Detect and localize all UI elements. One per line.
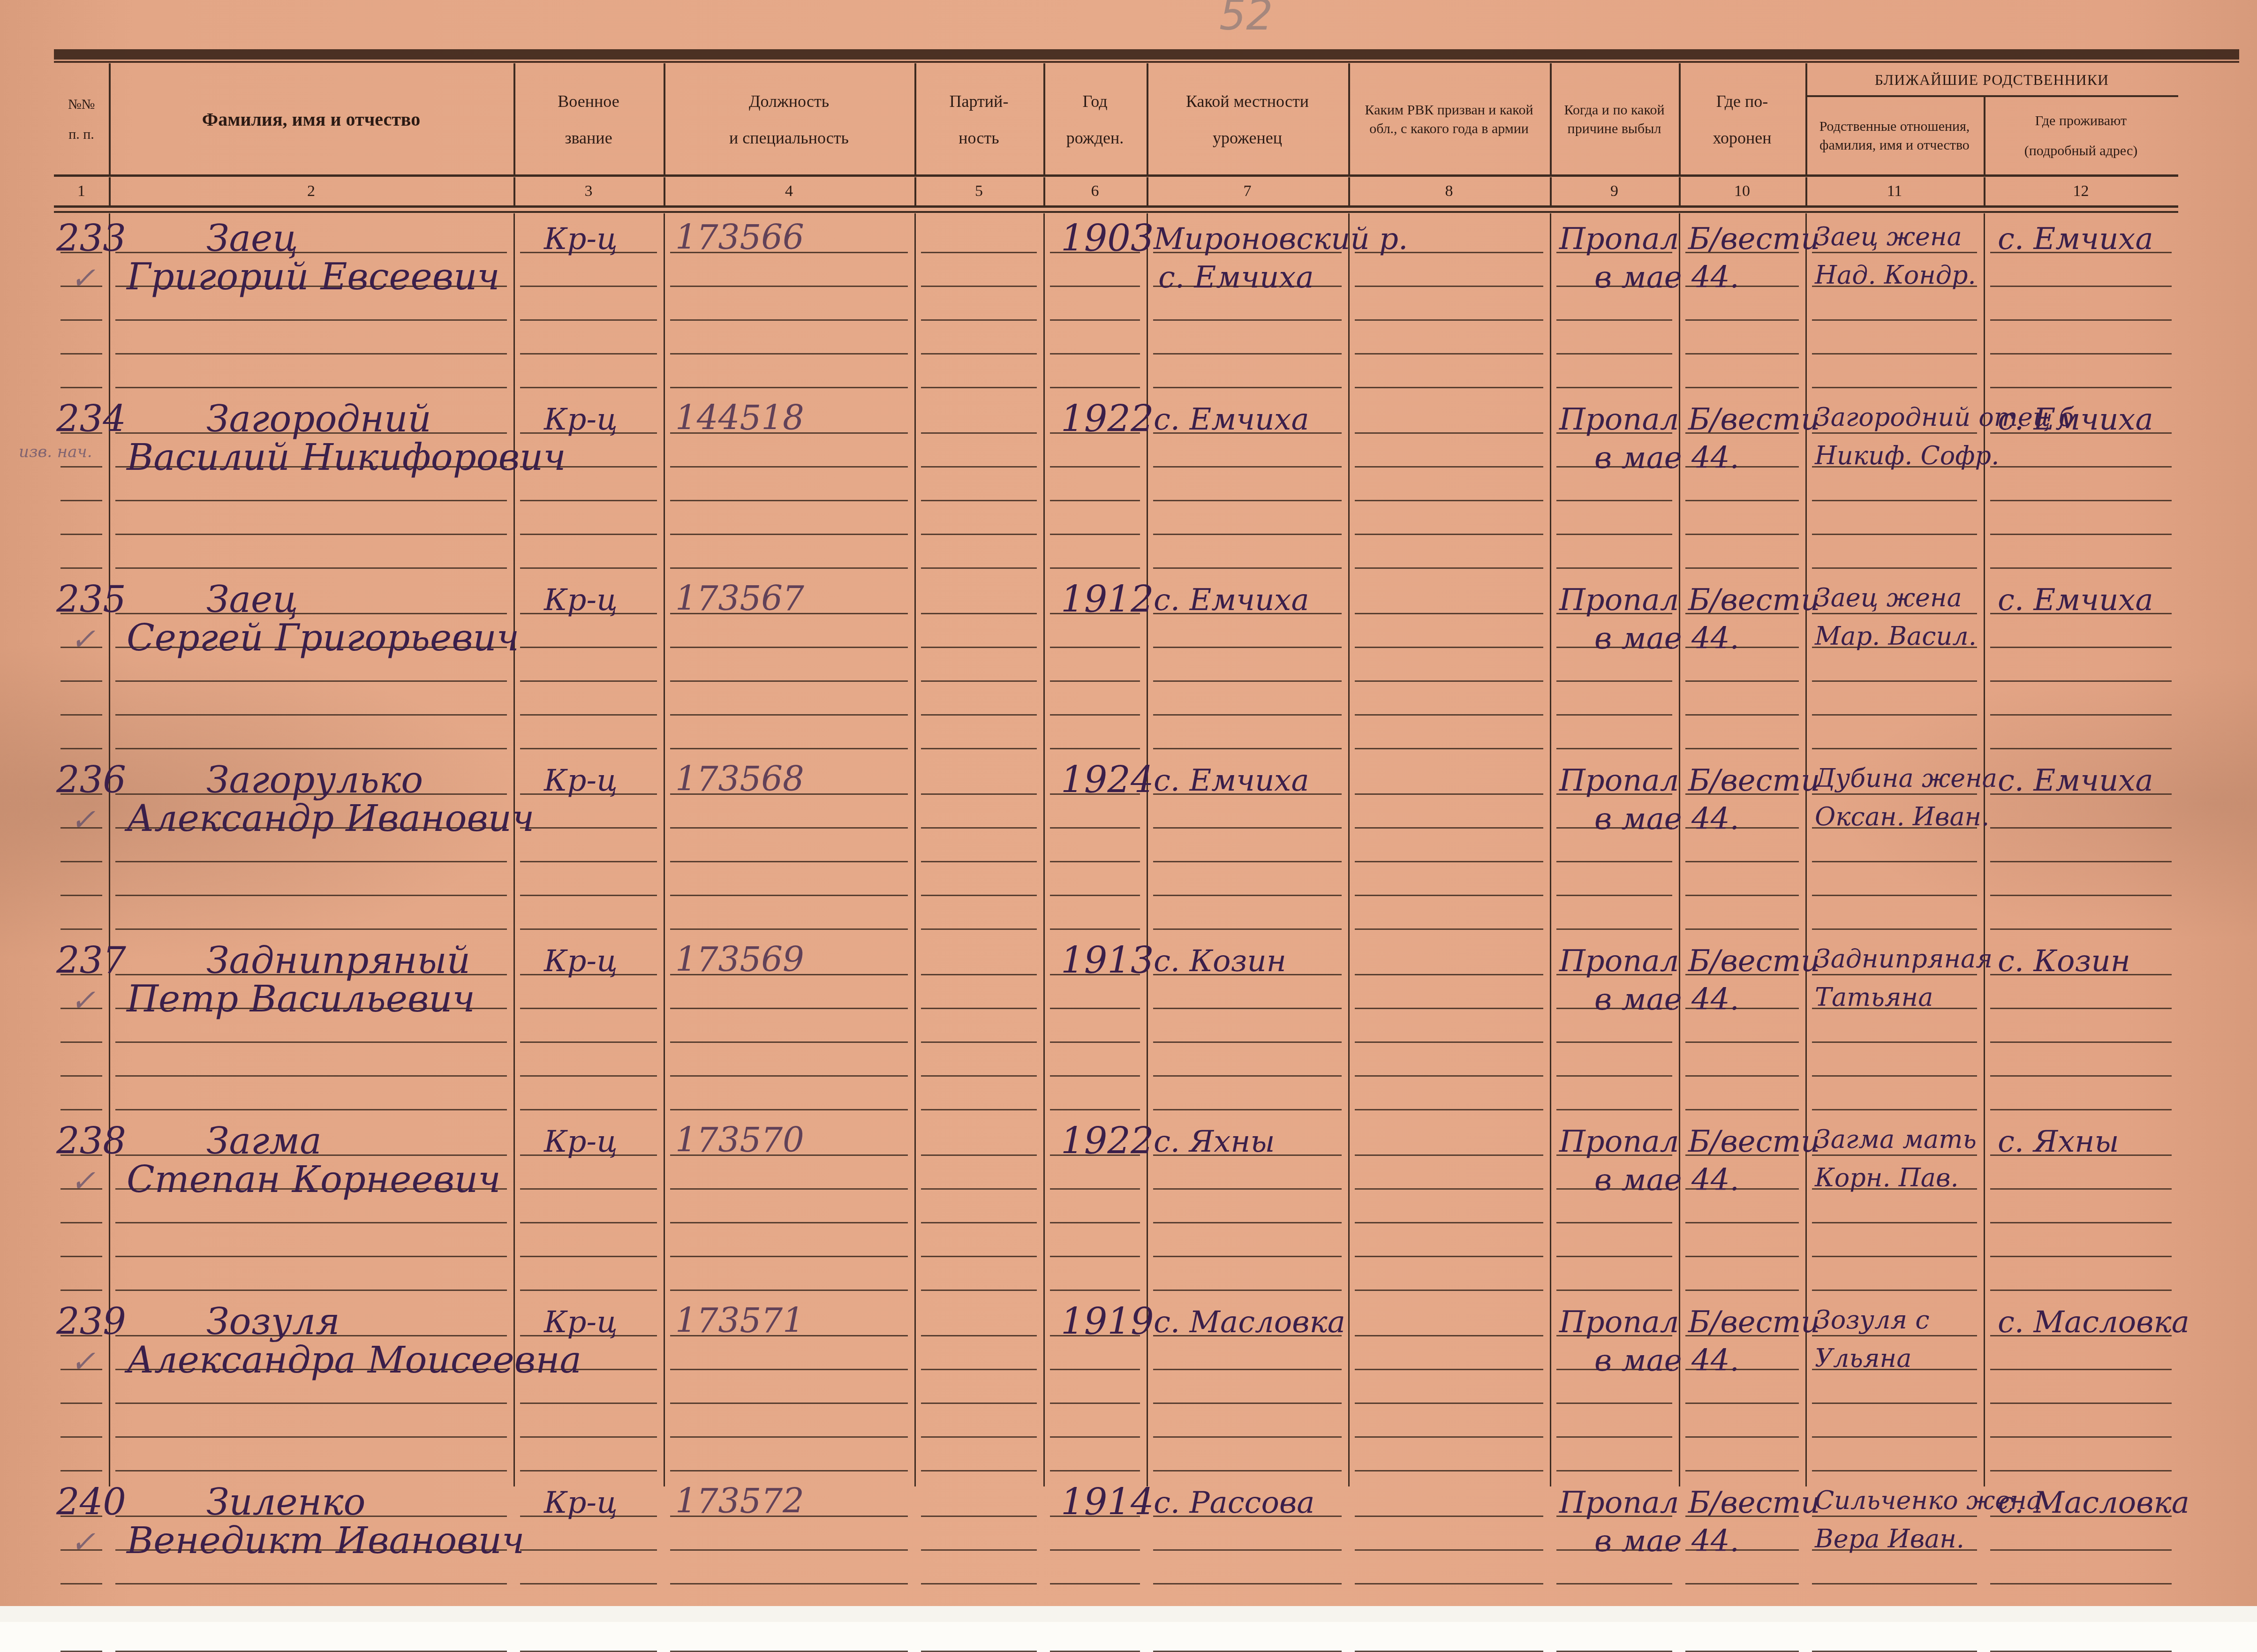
- ruled-line: [1812, 793, 1977, 795]
- ruled-line: [921, 567, 1037, 569]
- record-birthplace-1: с. Емчиха: [1154, 766, 1309, 796]
- ruled-line: [1050, 387, 1140, 388]
- ruled-line: [670, 466, 908, 468]
- ruled-line: [670, 1470, 908, 1471]
- ruled-line: [115, 1109, 507, 1110]
- ruled-line: [1990, 714, 2172, 716]
- ruled-line: [1355, 1290, 1543, 1291]
- ruled-line: [1355, 1109, 1543, 1110]
- record-given-names: Сергей Григорьевич: [127, 620, 519, 656]
- ruled-line: [1685, 500, 1799, 501]
- ruled-line: [115, 680, 507, 682]
- record-given-names: Александр Иванович: [127, 800, 535, 837]
- ruled-line: [1685, 353, 1799, 355]
- ruled-line: [921, 1256, 1037, 1257]
- ruled-line: [520, 1075, 657, 1077]
- ruled-line: [1153, 466, 1342, 468]
- record-birthplace-1: с. Рассова: [1154, 1488, 1314, 1518]
- ruled-line: [60, 1583, 102, 1584]
- ruled-line: [921, 928, 1037, 930]
- record-surname: Загородний: [206, 401, 431, 438]
- ruled-line: [1685, 895, 1799, 896]
- ruled-line: [115, 1041, 507, 1043]
- ruled-line: [1153, 1290, 1342, 1291]
- ruled-line: [1556, 895, 1672, 896]
- ruled-line: [1990, 1549, 2172, 1551]
- record-relative-name: Заднипряная: [1815, 946, 1993, 972]
- ruled-line: [1685, 319, 1799, 321]
- ruled-line: [520, 748, 657, 749]
- ruled-line: [921, 861, 1037, 862]
- record-position: 144518: [675, 401, 804, 435]
- ruled-line: [60, 861, 102, 862]
- record-left-reason: Пропал: [1559, 1488, 1679, 1518]
- ruled-line: [60, 928, 102, 930]
- ruled-line: [520, 1583, 657, 1584]
- ruled-line: [921, 353, 1037, 355]
- ruled-line: [115, 567, 507, 569]
- record-rank: Кр-ц: [544, 405, 618, 435]
- ruled-line: [1355, 534, 1543, 535]
- ruled-line: [1355, 1549, 1543, 1551]
- ruled-line: [1685, 1109, 1799, 1110]
- ruled-line: [520, 387, 657, 388]
- ruled-line: [1812, 928, 1977, 930]
- ruled-line: [60, 1075, 102, 1077]
- ruled-line: [1355, 319, 1543, 321]
- column-divider: [914, 213, 916, 1486]
- record-birth-year: 1922: [1061, 1123, 1154, 1160]
- ruled-line: [670, 1075, 908, 1077]
- ruled-line: [921, 793, 1037, 795]
- ruled-line: [1355, 647, 1543, 648]
- record-relative-given: Над. Кондр.: [1815, 263, 1976, 288]
- ruled-line: [1556, 1436, 1672, 1438]
- ruled-line: [520, 1008, 657, 1009]
- record-birth-year: 1903: [1061, 220, 1154, 257]
- ruled-line: [115, 748, 507, 749]
- ruled-line: [1812, 1583, 1977, 1584]
- ruled-line: [670, 1290, 908, 1291]
- ruled-line: [670, 1109, 908, 1110]
- ruled-line: [115, 534, 507, 535]
- ruled-line: [1153, 1549, 1342, 1551]
- ruled-line: [1990, 1222, 2172, 1223]
- ruled-line: [921, 466, 1037, 468]
- ruled-line: [60, 387, 102, 388]
- ruled-line: [1153, 319, 1342, 321]
- record-birthplace-1: с. Яхны: [1154, 1127, 1275, 1157]
- ruled-line: [921, 1290, 1037, 1291]
- ruled-line: [921, 1335, 1037, 1336]
- ruled-line: [1812, 680, 1977, 682]
- ruled-line: [1355, 1075, 1543, 1077]
- ruled-line: [670, 714, 908, 716]
- record-surname: Заец: [206, 220, 298, 257]
- record-birth-year: 1924: [1061, 762, 1154, 799]
- ruled-line: [115, 861, 507, 862]
- record-surname: Зиленко: [206, 1484, 366, 1521]
- ruled-line: [1990, 1109, 2172, 1110]
- record-margin-mark: ✓: [70, 986, 96, 1016]
- record-relative-address: с. Яхны: [1998, 1127, 2119, 1157]
- record-birth-year: 1922: [1061, 401, 1154, 438]
- ruled-line: [670, 1369, 908, 1370]
- record-birthplace-2: с. Емчиха: [1158, 263, 1314, 293]
- ruled-line: [1153, 1436, 1342, 1438]
- record-relative-given: Никиф. Софр.: [1815, 443, 1999, 468]
- ruled-line: [1050, 466, 1140, 468]
- ruled-line: [1556, 1256, 1672, 1257]
- ruled-line: [921, 500, 1037, 501]
- ruled-line: [1355, 714, 1543, 716]
- ruled-line: [115, 319, 507, 321]
- ruled-line: [1355, 1516, 1543, 1517]
- ruled-line: [60, 748, 102, 749]
- ruled-line: [921, 1222, 1037, 1223]
- ruled-line: [520, 534, 657, 535]
- ruled-line: [1153, 748, 1342, 749]
- ruled-line: [1556, 567, 1672, 569]
- ruled-line: [60, 466, 102, 468]
- ruled-line: [921, 1188, 1037, 1190]
- ruled-line: [921, 432, 1037, 434]
- ruled-line: [1685, 387, 1799, 388]
- ruled-line: [1685, 1256, 1799, 1257]
- ruled-line: [1685, 1403, 1799, 1404]
- ruled-line: [520, 861, 657, 862]
- ruled-line: [921, 647, 1037, 648]
- ruled-line: [1153, 353, 1342, 355]
- ruled-line: [670, 1583, 908, 1584]
- ruled-line: [1355, 1583, 1543, 1584]
- ruled-line: [670, 861, 908, 862]
- ruled-line: [1153, 714, 1342, 716]
- ruled-line: [1812, 1222, 1977, 1223]
- record-number: 236: [56, 762, 126, 799]
- ruled-line: [1990, 319, 2172, 321]
- ruled-line: [670, 827, 908, 829]
- ruled-line: [1050, 714, 1140, 716]
- ruled-line: [1050, 827, 1140, 829]
- ruled-line: [1556, 1290, 1672, 1291]
- ruled-line: [921, 974, 1037, 975]
- ruled-line: [1812, 567, 1977, 569]
- record-birthplace-1: с. Масловка: [1154, 1307, 1345, 1337]
- ruled-line: [1812, 1403, 1977, 1404]
- ruled-line: [520, 1290, 657, 1291]
- ruled-line: [921, 319, 1037, 321]
- ruled-line: [670, 1222, 908, 1223]
- column-divider: [1550, 213, 1551, 1486]
- record-left-date: в мае 44.: [1594, 1165, 1739, 1195]
- record-left-date: в мае 44.: [1594, 1346, 1739, 1376]
- ruled-line: [670, 387, 908, 388]
- ruled-line: [60, 1256, 102, 1257]
- ruled-line: [1990, 1188, 2172, 1190]
- ruled-line: [1990, 534, 2172, 535]
- record-left-date: в мае 44.: [1594, 1526, 1739, 1556]
- ruled-line: [670, 319, 908, 321]
- ruled-line: [1153, 534, 1342, 535]
- ruled-line: [520, 319, 657, 321]
- record-given-names: Венедикт Иванович: [127, 1523, 524, 1559]
- ruled-line: [520, 1222, 657, 1223]
- ruled-line: [670, 647, 908, 648]
- ruled-line: [1812, 1436, 1977, 1438]
- record-rank: Кр-ц: [544, 1127, 618, 1157]
- record-relative-address: с. Емчиха: [1998, 224, 2153, 254]
- ruled-line: [520, 567, 657, 569]
- record-left-date: в мае 44.: [1594, 624, 1739, 654]
- record-surname: Загма: [206, 1123, 322, 1160]
- ruled-line: [670, 1549, 908, 1551]
- record-buried: Б/вести: [1688, 946, 1820, 976]
- ruled-line: [1355, 613, 1543, 614]
- record-number: 238: [56, 1123, 126, 1160]
- ruled-line: [1050, 286, 1140, 287]
- ruled-line: [1355, 1188, 1543, 1190]
- ruled-line: [670, 1188, 908, 1190]
- record-number: 237: [56, 943, 126, 979]
- ruled-line: [1556, 1403, 1672, 1404]
- ruled-line: [921, 1403, 1037, 1404]
- ruled-line: [520, 647, 657, 648]
- ruled-line: [921, 1075, 1037, 1077]
- ruled-line: [1355, 1369, 1543, 1370]
- record-given-names: Василий Никифорович: [127, 439, 566, 476]
- ruled-line: [1990, 1290, 2172, 1291]
- record-rank: Кр-ц: [544, 766, 618, 796]
- ruled-line: [1355, 793, 1543, 795]
- record-rank: Кр-ц: [544, 1307, 618, 1337]
- record-rank: Кр-ц: [544, 585, 618, 615]
- ruled-line: [1355, 286, 1543, 287]
- ruled-line: [1355, 1436, 1543, 1438]
- record-relative-given: Мар. Васил.: [1815, 624, 1977, 649]
- column-divider: [1679, 213, 1680, 1486]
- ruled-line: [1050, 1256, 1140, 1257]
- record-margin-mark: ✓: [70, 805, 96, 835]
- ruled-line: [1812, 534, 1977, 535]
- ruled-line: [1050, 1008, 1140, 1009]
- ruled-line: [1153, 387, 1342, 388]
- ruled-line: [60, 714, 102, 716]
- ruled-line: [670, 1041, 908, 1043]
- ruled-line: [1153, 1041, 1342, 1043]
- ruled-line: [1050, 500, 1140, 501]
- ruled-line: [115, 500, 507, 501]
- ruled-line: [1355, 1154, 1543, 1156]
- ruled-line: [1050, 1109, 1140, 1110]
- ruled-line: [1050, 1369, 1140, 1370]
- ruled-line: [670, 1436, 908, 1438]
- record-left-date: в мае 44.: [1594, 985, 1739, 1015]
- ruled-line: [520, 827, 657, 829]
- record-relative-address: с. Емчиха: [1998, 766, 2153, 796]
- record-given-names: Григорий Евсеевич: [127, 259, 500, 295]
- ruled-line: [1990, 895, 2172, 896]
- ruled-line: [115, 895, 507, 896]
- ruled-line: [921, 1436, 1037, 1438]
- ruled-line: [1355, 1222, 1543, 1223]
- record-surname: Заднипряный: [206, 943, 470, 979]
- ruled-line: [60, 1222, 102, 1223]
- ruled-line: [1556, 714, 1672, 716]
- ruled-line: [1050, 567, 1140, 569]
- ruled-line: [1990, 861, 2172, 862]
- ruled-line: [60, 534, 102, 535]
- ruled-line: [520, 353, 657, 355]
- ruled-line: [1812, 1041, 1977, 1043]
- record-relative-address: с. Козин: [1998, 946, 2130, 976]
- ruled-line: [1812, 1470, 1977, 1471]
- ruled-line: [1812, 252, 1977, 253]
- ruled-line: [670, 928, 908, 930]
- ruled-line: [1990, 1256, 2172, 1257]
- record-given-names: Александра Моисеевна: [127, 1342, 581, 1379]
- ruled-line: [1050, 1436, 1140, 1438]
- ruled-line: [1556, 680, 1672, 682]
- record-position: 173570: [675, 1123, 804, 1157]
- record-relative-given: Корн. Пав.: [1815, 1165, 1959, 1191]
- ruled-line: [921, 827, 1037, 829]
- ruled-line: [921, 748, 1037, 749]
- record-left-reason: Пропал: [1559, 766, 1679, 796]
- ruled-line: [1990, 567, 2172, 569]
- ruled-line: [60, 1041, 102, 1043]
- ruled-line: [1355, 353, 1543, 355]
- record-birthplace-1: Мироновский р.: [1154, 224, 1408, 254]
- ruled-line: [1812, 1335, 1977, 1336]
- ruled-line: [670, 353, 908, 355]
- column-divider: [1043, 213, 1045, 1486]
- ruled-line: [115, 1403, 507, 1404]
- record-position: 173572: [675, 1484, 804, 1518]
- record-birth-year: 1912: [1061, 581, 1154, 618]
- ruled-line: [1685, 928, 1799, 930]
- ruled-line: [1556, 1470, 1672, 1471]
- register-page: 52 №№п. п.Фамилия, имя и отчествоВоенное…: [0, 0, 2257, 1606]
- ruled-line: [1355, 928, 1543, 930]
- ruled-line: [520, 1256, 657, 1257]
- ruled-line: [60, 1403, 102, 1404]
- ruled-line: [1812, 1109, 1977, 1110]
- ruled-line: [1355, 1008, 1543, 1009]
- ruled-line: [670, 1008, 908, 1009]
- ruled-line: [1556, 387, 1672, 388]
- ruled-line: [1990, 1041, 2172, 1043]
- ruled-line: [1990, 647, 2172, 648]
- ruled-line: [1685, 714, 1799, 716]
- record-relative-name: Загма мать: [1815, 1127, 1977, 1152]
- record-surname: Заец: [206, 581, 298, 618]
- record-left-date: в мае 44.: [1594, 804, 1739, 834]
- ruled-line: [1812, 500, 1977, 501]
- record-left-date: в мае 44.: [1594, 443, 1739, 473]
- record-margin-mark: изв. нач.: [19, 444, 92, 460]
- ruled-line: [1990, 286, 2172, 287]
- record-buried: Б/вести: [1688, 1307, 1820, 1337]
- ruled-line: [1355, 680, 1543, 682]
- ruled-line: [1050, 1470, 1140, 1471]
- ruled-line: [1685, 1290, 1799, 1291]
- ruled-line: [1355, 500, 1543, 501]
- ruled-line: [520, 1109, 657, 1110]
- ruled-line: [115, 1075, 507, 1077]
- ruled-line: [1355, 895, 1543, 896]
- ruled-line: [1812, 714, 1977, 716]
- ruled-line: [1050, 1583, 1140, 1584]
- record-position: 173571: [675, 1304, 804, 1337]
- ruled-line: [115, 1290, 507, 1291]
- ruled-line: [60, 1109, 102, 1110]
- ruled-line: [1153, 1008, 1342, 1009]
- ruled-line: [115, 1436, 507, 1438]
- ruled-line: [520, 1549, 657, 1551]
- ruled-line: [520, 1188, 657, 1190]
- ruled-line: [921, 1109, 1037, 1110]
- ruled-line: [1990, 827, 2172, 829]
- ruled-line: [1355, 1256, 1543, 1257]
- ruled-line: [60, 1470, 102, 1471]
- record-rank: Кр-ц: [544, 224, 618, 254]
- ruled-line: [1556, 319, 1672, 321]
- ruled-line: [115, 613, 507, 614]
- record-left-reason: Пропал: [1559, 1307, 1679, 1337]
- ruled-line: [115, 1256, 507, 1257]
- ruled-line: [1050, 1549, 1140, 1551]
- ruled-line: [520, 1403, 657, 1404]
- ruled-line: [1050, 534, 1140, 535]
- ruled-line: [520, 500, 657, 501]
- ruled-line: [115, 252, 507, 253]
- ruled-line: [921, 1008, 1037, 1009]
- ruled-line: [1050, 1403, 1140, 1404]
- ruled-line: [1153, 861, 1342, 862]
- ruled-line: [1990, 928, 2172, 930]
- ruled-line: [1050, 1075, 1140, 1077]
- record-relative-given: Татьяна: [1815, 985, 1933, 1010]
- ruled-line: [670, 534, 908, 535]
- record-margin-mark: ✓: [70, 1347, 96, 1377]
- ruled-line: [1050, 1041, 1140, 1043]
- column-divider: [664, 213, 665, 1486]
- record-margin-mark: ✓: [70, 625, 96, 655]
- ruled-line: [1556, 353, 1672, 355]
- record-relative-address: с. Емчиха: [1998, 585, 2153, 615]
- ruled-line: [921, 387, 1037, 388]
- ruled-line: [921, 1369, 1037, 1370]
- ruled-line: [1812, 1154, 1977, 1156]
- ruled-line: [1153, 680, 1342, 682]
- ruled-line: [60, 1436, 102, 1438]
- ruled-line: [1812, 613, 1977, 614]
- ruled-line: [1812, 895, 1977, 896]
- ruled-line: [921, 534, 1037, 535]
- ruled-line: [1556, 1109, 1672, 1110]
- ruled-line: [1153, 1222, 1342, 1223]
- ruled-line: [1812, 319, 1977, 321]
- ruled-line: [60, 895, 102, 896]
- ruled-line: [1153, 1583, 1342, 1584]
- record-number: 239: [56, 1304, 126, 1340]
- ruled-line: [921, 714, 1037, 716]
- record-buried: Б/вести: [1688, 766, 1820, 796]
- ruled-line: [1812, 861, 1977, 862]
- ruled-line: [1355, 1470, 1543, 1471]
- ruled-line: [115, 387, 507, 388]
